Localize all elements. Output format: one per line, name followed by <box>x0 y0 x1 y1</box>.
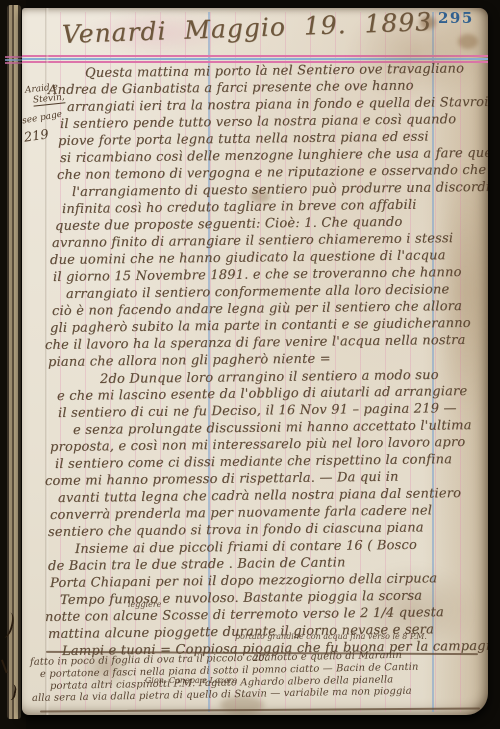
vertical-ledger-rules <box>60 12 463 712</box>
manuscript-line: alla sera la via dalla pietra di quello … <box>32 686 412 704</box>
manuscript-line: Questa mattina mi porto là nel Sentiero … <box>85 61 464 81</box>
interlinear-note: leggiere <box>128 600 161 609</box>
manuscript-line: infinita così ho creduto tagliare in bre… <box>62 198 417 217</box>
date-heading: Venardi Maggio 19. 1893 <box>61 8 432 49</box>
notebook-page: 295 Venardi Maggio 19. 1893 Araid e Stev… <box>22 8 488 715</box>
page-fold-crease <box>45 8 49 715</box>
manuscript-line: che il lavoro ha la speranza di fare ven… <box>45 333 466 353</box>
manuscript-line: come mi hanno promesso di rispettarla. —… <box>45 470 399 489</box>
header-rule-pink <box>22 55 488 57</box>
manuscript-line: portata altri ciaspinotti P.M. Fagiato A… <box>50 674 393 692</box>
scanned-diary-photo: 295 Venardi Maggio 19. 1893 Araid e Stev… <box>0 0 500 729</box>
manuscript-line: Andrea de Gianbatista a farci presente c… <box>48 79 414 98</box>
manuscript-line: 2do Dunque loro arrangino il sentiero a … <box>100 368 439 387</box>
manuscript-line: si ricambiano così delle menzogne lunghi… <box>60 146 488 166</box>
manuscript-line: il sentiero di cui ne fu Deciso, il 16 N… <box>58 401 457 421</box>
manuscript-line: Lampi e tuoni = Coppiosa pioggia che fu … <box>62 639 488 659</box>
manuscript-line: Insieme ai due piccoli friami di contare… <box>75 538 417 557</box>
hand-drawn-rule <box>46 651 478 655</box>
interlinear-note: portato grandine con acqua fina verso le… <box>235 632 427 641</box>
vertical-blue-rule <box>208 12 210 712</box>
manuscript-line: che non temono di vergogna e ne riputazi… <box>57 163 486 183</box>
manuscript-line: l'arrangiamento di questo sentiero può p… <box>72 180 488 200</box>
header-rule-blue <box>22 58 488 60</box>
ink-blot <box>250 190 270 203</box>
vertical-blue-rule <box>432 12 434 712</box>
manuscript-line: il sentiero pende tutto verso la nostra … <box>60 112 456 132</box>
manuscript-line: sentiero che quando si trova in fondo di… <box>48 520 424 540</box>
manuscript-line: piana che allora non gli pagherò niente … <box>48 352 331 370</box>
margin-note-see-page: see page <box>22 110 63 127</box>
manuscript-line: converrà prenderla ma per nuovamente far… <box>50 503 432 523</box>
manuscript-line: il sentiero come ci dissi mediante che r… <box>55 452 452 472</box>
manuscript-line: avranno finito di arrangiare il sentiero… <box>52 231 453 251</box>
manuscript-line: Tempo fumoso e nuvoloso. Bastante pioggi… <box>60 589 422 608</box>
manuscript-line: Porta Chiapani per noi il dopo mezzogior… <box>50 571 437 591</box>
paper-stain <box>458 34 478 49</box>
paper-stain <box>220 696 264 714</box>
manuscript-line: gli pagherò subito la mia parte in conta… <box>50 316 471 336</box>
paper-stain <box>435 158 488 428</box>
interlinear-note: 20. <box>253 654 267 664</box>
manuscript-line: arrangiato il sentiero conformemente all… <box>66 282 450 302</box>
manuscript-line: il giorno 15 Novembre 1891. e che se tro… <box>53 265 462 285</box>
header-rule-pink <box>22 61 488 63</box>
paper-stain <box>350 564 474 656</box>
interlinear-note: Gion. Canepa e Lazaro <box>145 676 237 685</box>
manuscript-line: e portatone a fasci nella piana di sotto… <box>40 662 419 680</box>
manuscript-line: e che mi lascino esente da l'obbligo di … <box>57 384 467 404</box>
page-number: 295 <box>438 9 474 27</box>
manuscript-line: piove forte porta legna tutta nella nost… <box>58 129 429 149</box>
hand-drawn-rule <box>40 707 480 712</box>
manuscript-line: de Bacin tra le due strade . Bacin de Ca… <box>48 555 346 574</box>
manuscript-line: due uomini che ne hanno giudicato la que… <box>50 248 446 268</box>
manuscript-line: e senza prolungate discussioni mi hanno … <box>73 418 472 438</box>
manuscript-line: queste due proposte seguenti: Cioè: 1. C… <box>55 215 403 234</box>
margin-note-name: Araid e <box>25 82 59 95</box>
manuscript-line: ciò è non facendo andare legna giù per i… <box>52 299 462 319</box>
manuscript-line: arrangiati ieri tra la nostra piana in f… <box>67 95 488 115</box>
manuscript-line: notte con alcune Scosse di terremoto ver… <box>45 605 444 625</box>
manuscript-line: mattina alcune pioggette durante il gior… <box>48 622 434 642</box>
manuscript-line: proposta, e così non mi interessarelo pi… <box>50 435 466 455</box>
manuscript-line: avanti tutta legna che cadrà nella nostr… <box>58 486 461 506</box>
